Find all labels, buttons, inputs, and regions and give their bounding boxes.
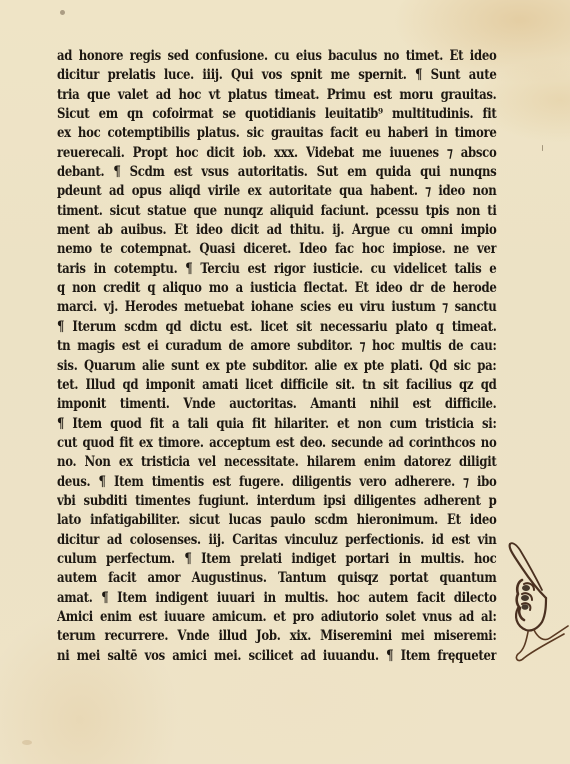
text-line: deus. ¶ Item timentis est fugere. dilige… <box>57 473 496 492</box>
text-line: terum recurrere. Vnde illud Job. xix. Mi… <box>57 627 496 646</box>
text-line: reuerecali. Propt hoc dicit iob. xxx. Vi… <box>57 144 496 163</box>
text-line: cut quod fit ex timore. acceptum est deo… <box>57 434 496 453</box>
text-line: ni mei saltē vos amici mei. scilicet ad … <box>57 647 496 666</box>
text-line: timent. sicut statue que nunqz aliquid f… <box>57 202 496 221</box>
text-line: q non credit q aliquo mo a iusticia flec… <box>57 279 496 298</box>
text-line: dicitur prelatis luce. iiij. Qui vos spn… <box>57 66 496 85</box>
text-line: tet. Illud qd imponit amati licet diffic… <box>57 376 496 395</box>
text-line: debant. ¶ Scdm est vsus autoritatis. Sut… <box>57 163 496 182</box>
text-line: vbi subditi timentes fugiunt. interdum i… <box>57 492 496 511</box>
text-line: marci. vj. Herodes metuebat iohane scies… <box>57 298 496 317</box>
text-block: ad honore regis sed confusione. cu eius … <box>57 47 497 666</box>
text-line: culum perfectum. ¶ Item prelati indiget … <box>57 550 496 569</box>
paper-stain <box>22 740 32 745</box>
text-line: tn magis est ei curadum de amore subdito… <box>57 337 496 356</box>
text-line: autem facit amor Augustinus. Tantum quis… <box>57 569 496 588</box>
text-line: Amici enim est iuuare amicum. et pro adi… <box>57 608 496 627</box>
text-line: pdeunt ad opus aliqd virile ex autoritat… <box>57 182 496 201</box>
text-line: no. Non ex tristicia vel necessitate. hi… <box>57 453 496 472</box>
text-line: Sicut em qn cofoirmat se quotidianis leu… <box>57 105 496 124</box>
text-line: nemo te cotempnat. Quasi diceret. Ideo f… <box>57 240 496 259</box>
text-line: ¶ Item quod fit a tali quia fit hilarite… <box>57 415 496 434</box>
text-line: taris in cotemptu. ¶ Terciu est rigor iu… <box>57 260 496 279</box>
manuscript-page: ad honore regis sed confusione. cu eius … <box>0 0 570 764</box>
manicule-icon <box>494 538 570 668</box>
text-line: ex hoc cotemptibilis platus. sic grauita… <box>57 124 496 143</box>
margin-mark <box>542 145 543 151</box>
text-line: ¶ Iterum scdm qd dictu est. licet sit ne… <box>57 318 496 337</box>
text-line: ad honore regis sed confusione. cu eius … <box>57 47 496 66</box>
text-line: amat. ¶ Item indigent iuuari in multis. … <box>57 589 496 608</box>
text-line: dicitur ad colosenses. iij. Caritas vinc… <box>57 531 496 550</box>
paper-stain <box>60 10 65 15</box>
text-line: sis. Quarum alie sunt ex pte subditor. a… <box>57 357 496 376</box>
text-line: lato infatigabiliter. sicut lucas paulo … <box>57 511 496 530</box>
text-line: ment ab auibus. Et ideo dicit ad thitu. … <box>57 221 496 240</box>
text-line: imponit timenti. Vnde auctoritas. Amanti… <box>57 395 496 414</box>
text-line: tria que valet ad hoc vt platus timeat. … <box>57 86 496 105</box>
